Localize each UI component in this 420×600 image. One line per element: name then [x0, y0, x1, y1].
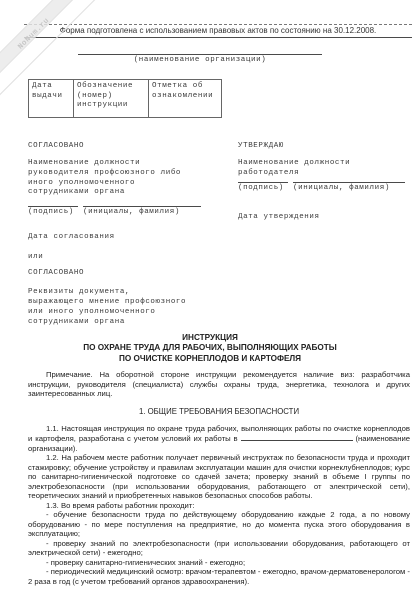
role-line: Наименование должности — [28, 159, 233, 169]
blank-underline — [241, 433, 353, 441]
organization-name-caption: (наименование организации) — [134, 56, 267, 64]
col-acknowledgement-mark: Отметка об ознакомлении — [149, 79, 222, 117]
paragraph-1-1-text: 1.1. Настоящая инструкция по охране труд… — [28, 424, 410, 444]
requisites-line: Реквизиты документа, — [28, 288, 233, 298]
signature-row: (подпись) (инициалы, фамилия) — [238, 182, 410, 194]
document-title: ИНСТРУКЦИЯ ПО ОХРАНЕ ТРУДА ДЛЯ РАБОЧИХ, … — [0, 333, 420, 365]
form-header-note: Форма подготовлена с использованием прав… — [24, 24, 412, 38]
agreed-heading: СОГЛАСОВАНО — [28, 142, 233, 152]
paragraph-1-1: 1.1. Настоящая инструкция по охране труд… — [28, 424, 410, 454]
signature-caption: (подпись) — [238, 182, 288, 194]
list-item: - обучение безопасности труда по действу… — [28, 510, 410, 539]
organization-name-line: (наименование организации) — [78, 54, 322, 66]
col-issue-date: Дата выдачи — [29, 79, 74, 117]
agreed-column: СОГЛАСОВАНО Наименование должности руков… — [28, 142, 233, 327]
col-instruction-number: Обозначение (номер) инструкции — [74, 79, 149, 117]
registration-table: Дата выдачи Обозначение (номер) инструкц… — [28, 79, 222, 118]
table-header-row: Дата выдачи Обозначение (номер) инструкц… — [29, 79, 222, 117]
role-line: руководителя профсоюзного либо — [28, 169, 233, 179]
requisites-block: Реквизиты документа, выражающего мнение … — [28, 288, 233, 327]
agreed-heading-2: СОГЛАСОВАНО — [28, 269, 233, 279]
name-caption: (инициалы, фамилия) — [293, 182, 405, 194]
list-item: - проверку знаний по электробезопасности… — [28, 539, 410, 558]
role-line: иного уполномоченного — [28, 179, 233, 189]
title-line: ПО ОХРАНЕ ТРУДА ДЛЯ РАБОЧИХ, ВЫПОЛНЯЮЩИХ… — [0, 343, 420, 354]
role-line: Наименование должности — [238, 159, 410, 169]
note-paragraph: Примечание. На оборотной стороне инструк… — [28, 370, 410, 399]
approval-section: СОГЛАСОВАНО Наименование должности руков… — [28, 142, 410, 327]
section-1-heading: 1. ОБЩИЕ ТРЕБОВАНИЯ БЕЗОПАСНОСТИ — [28, 407, 410, 416]
signature-caption: (подпись) — [28, 206, 78, 218]
requisites-line: или иного уполномоченного — [28, 308, 233, 318]
requisites-line: сотрудниками органа — [28, 318, 233, 328]
paragraph-1-3: 1.3. Во время работы работник проходит: — [28, 501, 410, 511]
agreement-date-label: Дата согласования — [28, 233, 233, 243]
approved-role: Наименование должности работодателя — [238, 159, 410, 179]
approved-heading: УТВЕРЖДАЮ — [238, 142, 410, 152]
approved-column: УТВЕРЖДАЮ Наименование должности работод… — [238, 142, 410, 327]
list-item: - проверку санитарно-гигиенических знани… — [28, 558, 410, 568]
document-page: NoNum.ru Форма подготовлена с использова… — [0, 0, 420, 600]
role-line: сотрудниками органа — [28, 188, 233, 198]
agreed-role: Наименование должности руководителя проф… — [28, 159, 233, 198]
or-label: или — [28, 253, 233, 263]
title-line: ПО ОЧИСТКЕ КОРНЕПЛОДОВ И КАРТОФЕЛЯ — [0, 354, 420, 365]
list-item: - периодический медицинский осмотр: врач… — [28, 567, 410, 586]
role-line: работодателя — [238, 169, 410, 179]
name-caption: (инициалы, фамилия) — [83, 206, 201, 218]
signature-row: (подпись) (инициалы, фамилия) — [28, 206, 233, 218]
requisites-line: выражающего мнение профсоюзного — [28, 298, 233, 308]
paragraph-1-2: 1.2. На рабочем месте работник получает … — [28, 453, 410, 501]
title-line: ИНСТРУКЦИЯ — [0, 333, 420, 344]
approval-date-label: Дата утверждения — [238, 213, 410, 223]
